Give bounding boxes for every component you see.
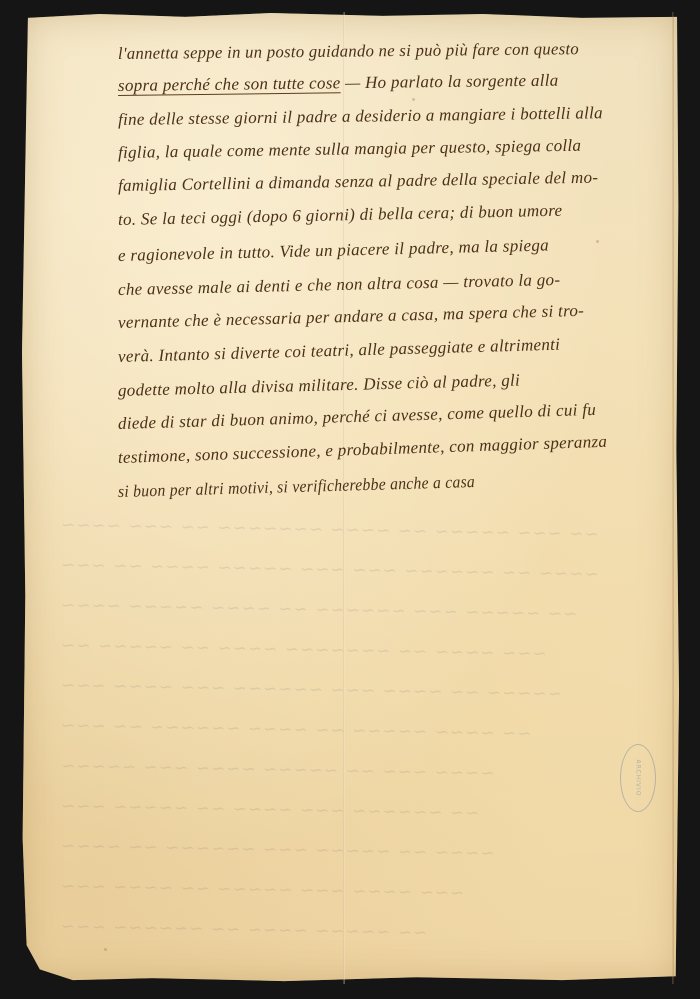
text-line: si buon per altri motivi, si verifichere… (118, 472, 476, 502)
text-line: l'annetta seppe in un posto guidando ne … (118, 39, 579, 64)
underlined-phrase: sopra perché che son tutte cose (118, 73, 341, 95)
text-line: to. Se la teci oggi (dopo 6 giorni) di b… (118, 201, 563, 230)
text-line: verà. Intanto si diverte coi teatri, all… (118, 335, 561, 367)
archive-stamp: ARCHIVIO (620, 744, 656, 812)
text-line-rest: — Ho parlato la sorgente alla (340, 71, 558, 93)
text-line: figlia, la quale come mente sulla mangia… (118, 136, 582, 163)
stamp-text: ARCHIVIO (634, 759, 642, 796)
handwritten-text: l'annetta seppe in un posto guidando ne … (0, 0, 700, 999)
text-line: famiglia Cortellini a dimanda senza al p… (118, 168, 599, 196)
text-line: fine delle stesse giorni il padre a desi… (118, 103, 603, 130)
text-line: godette molto alla divisa militare. Diss… (118, 370, 521, 401)
document-scan: ~~ ~~~ ~~~~~ ~~ ~~~~ ~~~~~~~ ~~ ~~~ ~~~~… (0, 0, 700, 999)
text-line: sopra perché che son tutte cose — Ho par… (118, 71, 559, 96)
text-line: che avesse male ai denti e che non altra… (118, 270, 561, 300)
text-line: e ragionevole in tutto. Vide un piacere … (118, 235, 549, 266)
text-line: testimone, sono successione, e probabilm… (118, 432, 608, 468)
text-line: vernante che è necessaria per andare a c… (118, 301, 585, 333)
text-line: diede di star di buon animo, perché ci a… (118, 400, 597, 434)
